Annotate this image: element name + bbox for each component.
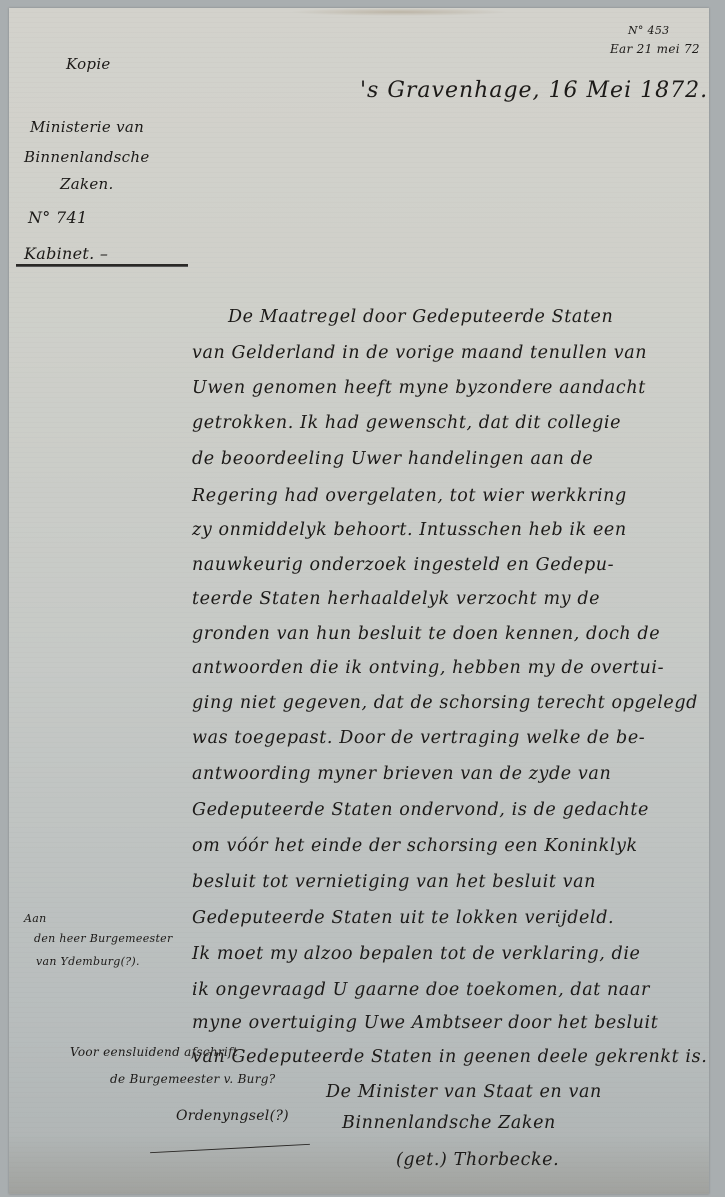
paper-stain [289, 8, 509, 16]
addressee-line2: den heer Burgemeester [34, 932, 173, 945]
closing-title-line2: Binnenlandsche Zaken [342, 1113, 556, 1133]
body-line: van Gedeputeerde Staten in geenen deele … [192, 1047, 707, 1067]
certification-line1: Voor eensluidend afschrift [70, 1045, 238, 1059]
body-line: zy onmiddelyk behoort. Intusschen heb ik… [192, 520, 627, 540]
body-line: ging niet gegeven, dat de schorsing tere… [192, 693, 698, 713]
body-line: Ik moet my alzoo bepalen tot de verklari… [192, 944, 641, 964]
copy-mark: Kopie [66, 55, 111, 73]
archive-number: N° 453 [628, 24, 669, 37]
body-line: teerde Staten herhaaldelyk verzocht my d… [192, 589, 600, 609]
body-line: ik ongevraagd U gaarne doe toekomen, dat… [192, 980, 650, 1000]
body-line: was toegepast. Door de vertraging welke … [192, 728, 645, 748]
paper-stain [9, 1134, 709, 1194]
addressee-line1: Aan [24, 912, 47, 925]
body-line: Gedeputeerde Staten uit te lokken verijd… [192, 908, 614, 928]
body-line: antwoorden die ik ontving, hebben my de … [192, 658, 664, 678]
body-line: antwoording myner brieven van de zyde va… [192, 764, 611, 784]
body-line: nauwkeurig onderzoek ingesteld en Gedepu… [192, 555, 614, 575]
body-line: van Gelderland in de vorige maand tenull… [192, 343, 647, 363]
header-divider [16, 264, 188, 267]
certification-signature: Ordenyngsel(?) [176, 1108, 289, 1124]
body-line: getrokken. Ik had gewenscht, dat dit col… [192, 413, 621, 433]
body-line: Uwen genomen heeft myne byzondere aandac… [192, 378, 646, 398]
sender-ministry-line3: Zaken. [60, 175, 114, 193]
sender-ministry-line1: Ministerie van [30, 118, 144, 136]
letter-number: N° 741 [28, 208, 87, 227]
body-line: de beoordeeling Uwer handelingen aan de [192, 449, 593, 469]
sender-ministry-line2: Binnenlandsche [24, 148, 150, 166]
addressee-line3: van Ydemburg(?). [36, 955, 140, 968]
body-line: De Maatregel door Gedeputeerde Staten [228, 307, 613, 327]
minister-signature: (get.) Thorbecke. [396, 1150, 559, 1170]
place-date: 's Gravenhage, 16 Mei 1872. [360, 78, 708, 103]
body-line: myne overtuiging Uwe Ambtseer door het b… [192, 1013, 658, 1033]
received-note: Ear 21 mei 72 [610, 42, 700, 56]
body-line: Gedeputeerde Staten ondervond, is de ged… [192, 800, 649, 820]
certification-line2: de Burgemeester v. Burg? [110, 1072, 275, 1086]
body-line: gronden van hun besluit te doen kennen, … [192, 624, 660, 644]
body-line: besluit tot vernietiging van het besluit… [192, 872, 596, 892]
department: Kabinet. – [24, 244, 108, 263]
body-line: om vóór het einde der schorsing een Koni… [192, 836, 638, 856]
body-line: Regering had overgelaten, tot wier werkk… [192, 486, 627, 506]
closing-title-line1: De Minister van Staat en van [326, 1082, 602, 1102]
